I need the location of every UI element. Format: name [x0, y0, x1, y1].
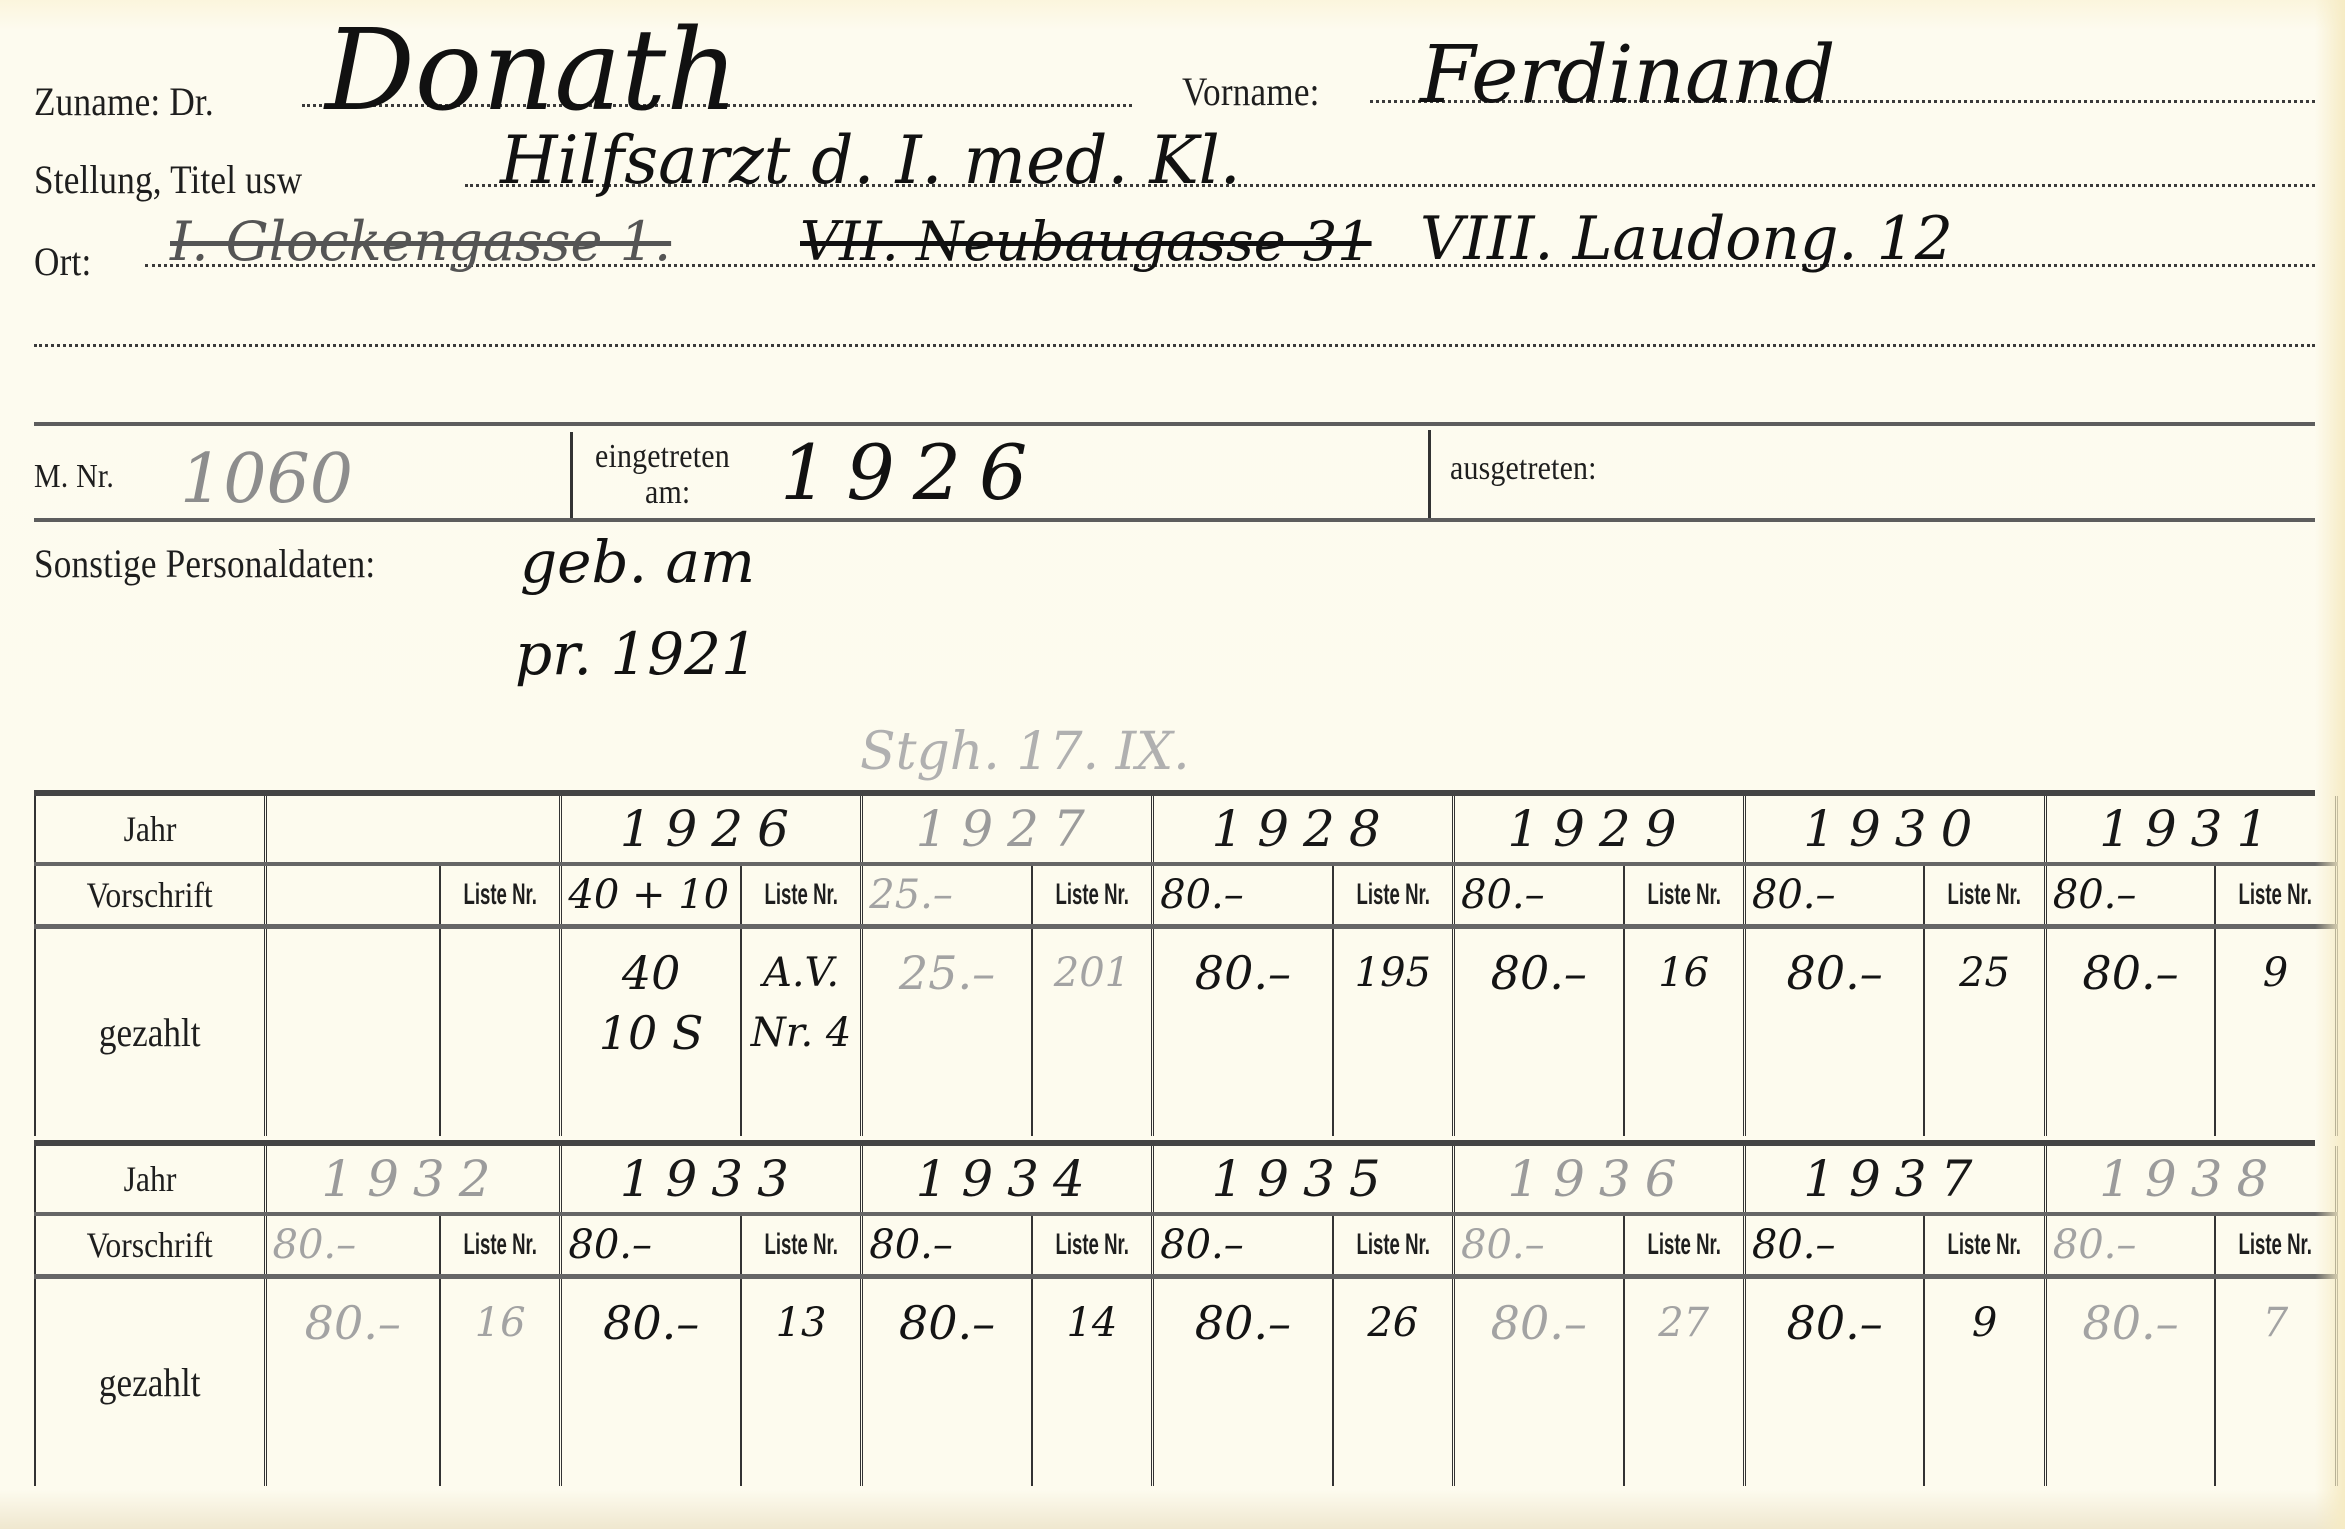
liste-nr-label: Liste Nr.	[1055, 878, 1128, 912]
sonstige-line-1: geb. am	[520, 528, 755, 596]
liste-nr-label: Liste Nr.	[764, 878, 837, 912]
ausgetreten-label: ausgetreten:	[1450, 450, 1597, 488]
vorschrift-value: 25.–	[869, 872, 953, 918]
liste-nr-value: 16	[475, 1293, 526, 1353]
vorschrift-cell: 80.–	[1454, 1214, 1624, 1276]
year-cell: 1936	[1454, 1146, 1745, 1214]
gezahlt-cell: 80.–	[1153, 1276, 1333, 1486]
year-cell: 1929	[1454, 796, 1745, 864]
liste-nr-label: Liste Nr.	[463, 878, 536, 912]
gezahlt-value: 80.–	[1491, 1293, 1587, 1353]
vorschrift-cell: 25.–	[862, 864, 1032, 926]
vorschrift-cell: 40 + 10	[561, 864, 741, 926]
liste-nr-cell: 26	[1333, 1276, 1454, 1486]
ort-old-address-2: VII. Neubaugasse 31	[800, 210, 1372, 273]
stellung-value: Hilfsarzt d. I. med. Kl.	[500, 122, 1241, 199]
vorschrift-cell: 80.–	[265, 1214, 440, 1276]
liste-nr-value: 25	[1959, 943, 2010, 1003]
vorschrift-value: 80.–	[568, 1222, 652, 1268]
year-value: 1928	[1211, 800, 1394, 858]
extra-line	[34, 344, 2315, 347]
gezahlt-cell: 80.–	[2045, 1276, 2215, 1486]
liste-nr-value: 7	[2263, 1293, 2288, 1353]
year-value: 1938	[2099, 1150, 2282, 1208]
eingetreten-label-am: am:	[645, 474, 690, 512]
gezahlt-value: 25.–	[899, 943, 995, 1003]
liste-nr-value: 9	[2263, 943, 2288, 1003]
vorschrift-cell: 80.–	[561, 1214, 741, 1276]
gezahlt-cell: 40 10 S	[561, 926, 741, 1136]
eingetreten-value: 1926	[780, 428, 1045, 517]
vorschrift-label: Vorschrift	[87, 1224, 213, 1266]
liste-nr-cell: 9	[1924, 1276, 2045, 1486]
gezahlt-value: 80.–	[1491, 943, 1587, 1003]
ort-old-address-1: I. Glockengasse 1.	[170, 210, 671, 273]
vorschrift-value: 80.–	[1461, 872, 1545, 918]
gezahlt-cell: 80.–	[561, 1276, 741, 1486]
gezahlt-value: 80.–	[1787, 943, 1883, 1003]
gezahlt-cell: 80.–	[1744, 926, 1924, 1136]
divider-1	[570, 432, 573, 518]
liste-nr-value: A.V. Nr. 4	[751, 943, 852, 1063]
bottom-rule	[34, 518, 2315, 522]
liste-nr-value: 9	[1972, 1293, 1997, 1353]
year-value: 1936	[1507, 1150, 1690, 1208]
liste-nr-label: Liste Nr.	[1647, 1228, 1720, 1262]
year-value: 1933	[620, 1150, 803, 1208]
gezahlt-value: 80.–	[2082, 943, 2178, 1003]
gezahlt-label: gezahlt	[99, 1359, 201, 1406]
sonstige-line-2: pr. 1921	[515, 620, 758, 688]
liste-nr-cell: 201	[1032, 926, 1153, 1136]
gezahlt-cell: 80.–	[1454, 1276, 1624, 1486]
membership-card: Zuname: Dr. Donath Vorname: Ferdinand St…	[0, 0, 2345, 1529]
year-cell: 1926	[561, 796, 862, 864]
year-cell: 1935	[1153, 1146, 1454, 1214]
year-cell	[265, 796, 561, 864]
mnr-value: 1060	[180, 440, 353, 519]
gezahlt-value: 80.–	[603, 1293, 699, 1353]
vorschrift-label: Vorschrift	[87, 874, 213, 916]
vorschrift-value: 80.–	[2053, 872, 2137, 918]
payments-table-1926-1931: Jahr192619271928192919301931VorschriftLi…	[34, 796, 2338, 1136]
vorschrift-cell: 80.–	[2045, 864, 2215, 926]
year-value: 1931	[2099, 800, 2282, 858]
vorschrift-value: 80.–	[1752, 872, 1836, 918]
gezahlt-cell: 80.–	[265, 1276, 440, 1486]
vorname-value: Ferdinand	[1420, 28, 1835, 121]
liste-nr-value: 26	[1367, 1293, 1418, 1353]
gezahlt-value: 80.–	[1195, 1293, 1291, 1353]
zuname-label: Zuname: Dr.	[34, 78, 214, 125]
liste-nr-label: Liste Nr.	[764, 1228, 837, 1262]
liste-nr-cell: 27	[1624, 1276, 1745, 1486]
year-cell: 1927	[862, 796, 1153, 864]
gezahlt-label: gezahlt	[99, 1009, 201, 1056]
zuname-value: Donath	[325, 6, 738, 136]
year-value: 1927	[916, 800, 1099, 858]
liste-nr-value: 201	[1054, 943, 1130, 1003]
gezahlt-cell: 80.–	[1454, 926, 1624, 1136]
divider-2	[1428, 430, 1431, 518]
year-cell: 1928	[1153, 796, 1454, 864]
vorschrift-cell: 80.–	[2045, 1214, 2215, 1276]
vorname-label: Vorname:	[1182, 68, 1320, 115]
vorschrift-cell: 80.–	[1454, 864, 1624, 926]
year-cell: 1937	[1744, 1146, 2045, 1214]
liste-nr-cell: 16	[1624, 926, 1745, 1136]
liste-nr-label: Liste Nr.	[1356, 878, 1429, 912]
year-value: 1935	[1211, 1150, 1394, 1208]
ort-label: Ort:	[34, 238, 91, 285]
liste-nr-label: Liste Nr.	[2239, 1228, 2312, 1262]
vorschrift-value: 80.–	[1752, 1222, 1836, 1268]
year-value: 1937	[1803, 1150, 1986, 1208]
gezahlt-value: 80.–	[899, 1293, 995, 1353]
stellung-label: Stellung, Titel usw	[34, 156, 302, 203]
liste-nr-label: Liste Nr.	[1647, 878, 1720, 912]
vorschrift-cell: 80.–	[1153, 1214, 1333, 1276]
vorschrift-cell: 80.–	[862, 1214, 1032, 1276]
liste-nr-value: 13	[776, 1293, 827, 1353]
vorschrift-cell: 80.–	[1153, 864, 1333, 926]
gezahlt-cell: 80.–	[862, 1276, 1032, 1486]
liste-nr-label: Liste Nr.	[463, 1228, 536, 1262]
vorschrift-cell: 80.–	[1744, 1214, 1924, 1276]
vorschrift-cell	[265, 864, 440, 926]
vorschrift-value: 80.–	[1160, 1222, 1244, 1268]
gezahlt-value: 40 10 S	[599, 943, 704, 1063]
gezahlt-cell	[265, 926, 440, 1136]
year-value: 1930	[1803, 800, 1986, 858]
year-value: 1934	[916, 1150, 1099, 1208]
sonstige-label: Sonstige Personaldaten:	[34, 540, 375, 587]
year-cell: 1938	[2045, 1146, 2336, 1214]
vorschrift-value: 80.–	[273, 1222, 357, 1268]
liste-nr-cell: 14	[1032, 1276, 1153, 1486]
vorschrift-value: 80.–	[1160, 872, 1244, 918]
liste-nr-value: 16	[1658, 943, 1709, 1003]
liste-nr-label: Liste Nr.	[1356, 1228, 1429, 1262]
gezahlt-value: 80.–	[2082, 1293, 2178, 1353]
year-value: 1926	[620, 800, 803, 858]
year-cell: 1933	[561, 1146, 862, 1214]
liste-nr-cell: 195	[1333, 926, 1454, 1136]
liste-nr-value: 195	[1355, 943, 1431, 1003]
liste-nr-cell	[440, 926, 561, 1136]
gezahlt-value: 80.–	[1195, 943, 1291, 1003]
mnr-label: M. Nr.	[34, 458, 114, 496]
vorschrift-value: 80.–	[869, 1222, 953, 1268]
year-value: 1929	[1507, 800, 1690, 858]
liste-nr-cell: 9	[2215, 926, 2336, 1136]
liste-nr-label: Liste Nr.	[2239, 878, 2312, 912]
year-value: 1932	[321, 1150, 504, 1208]
ort-current-address: VIII. Laudong. 12	[1420, 204, 1953, 274]
liste-nr-cell: 25	[1924, 926, 2045, 1136]
top-rule	[34, 422, 2315, 426]
jahr-label: Jahr	[123, 808, 176, 850]
payments-table-1932-1938: Jahr1932193319341935193619371938Vorschri…	[34, 1146, 2338, 1486]
liste-nr-value: 14	[1066, 1293, 1117, 1353]
vorschrift-value: 80.–	[1461, 1222, 1545, 1268]
gezahlt-cell: 80.–	[2045, 926, 2215, 1136]
year-cell: 1930	[1744, 796, 2045, 864]
vorschrift-value: 80.–	[2053, 1222, 2137, 1268]
vorschrift-value: 40 + 10	[568, 872, 729, 918]
liste-nr-cell: A.V. Nr. 4	[741, 926, 862, 1136]
gezahlt-cell: 80.–	[1153, 926, 1333, 1136]
liste-nr-value: 27	[1658, 1293, 1709, 1353]
liste-nr-label: Liste Nr.	[1948, 1228, 2021, 1262]
annotation-stamp: Stgh. 17. IX.	[860, 722, 1190, 782]
liste-nr-cell: 16	[440, 1276, 561, 1486]
jahr-label: Jahr	[123, 1158, 176, 1200]
eingetreten-label: eingetreten	[595, 438, 730, 476]
gezahlt-value: 80.–	[1787, 1293, 1883, 1353]
liste-nr-label: Liste Nr.	[1055, 1228, 1128, 1262]
vorschrift-cell: 80.–	[1744, 864, 1924, 926]
liste-nr-cell: 13	[741, 1276, 862, 1486]
gezahlt-value: 80.–	[305, 1293, 401, 1353]
year-cell: 1931	[2045, 796, 2336, 864]
year-cell: 1934	[862, 1146, 1153, 1214]
year-cell: 1932	[265, 1146, 561, 1214]
liste-nr-label: Liste Nr.	[1948, 878, 2021, 912]
liste-nr-cell: 7	[2215, 1276, 2336, 1486]
gezahlt-cell: 25.–	[862, 926, 1032, 1136]
gezahlt-cell: 80.–	[1744, 1276, 1924, 1486]
